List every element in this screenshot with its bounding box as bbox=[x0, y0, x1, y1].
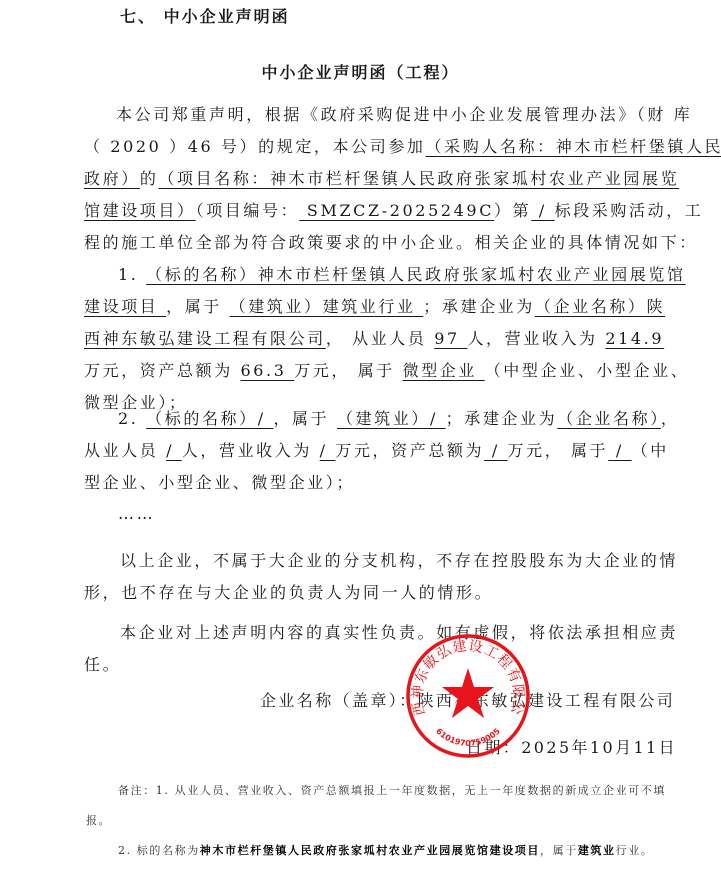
filled-field: / bbox=[608, 441, 631, 460]
note-2-project-name: 神木市栏杆堡镇人民政府张家坬村农业产业园展览馆建设项目 bbox=[200, 844, 540, 857]
statement-line: 本企业对上述声明内容的真实性负责。如有虚假，将依法承担相应责 bbox=[120, 621, 656, 645]
text-segment: 万元， 属于 bbox=[294, 361, 402, 380]
filled-field: 政府） bbox=[84, 169, 140, 188]
declaration-line: （ 2020 ）46 号）的规定，本公司参加（采购人名称：神木市栏杆堡镇人民 bbox=[84, 135, 656, 159]
item-line: 1. （标的名称）神木市栏杆堡镇人民政府张家坬村农业产业园展览馆 bbox=[118, 263, 656, 287]
text-segment: 人，营业收入为 bbox=[182, 441, 320, 460]
note-2-mid: ，属于 bbox=[540, 844, 578, 857]
item-line: 西神东敏弘建设工程有限公司， 从业人员 97 人，营业收入为 214.9 bbox=[84, 327, 656, 351]
declaration-line: 政府）的（项目名称：神木市栏杆堡镇人民政府张家坬村农业产业园展览 bbox=[84, 167, 656, 191]
company-label: 企业名称（盖章）： bbox=[260, 691, 418, 710]
text-segment: ，属于 bbox=[273, 409, 337, 428]
text-segment: 标段采购活动，工 bbox=[555, 201, 704, 220]
text-segment: 人，营业收入为 bbox=[467, 329, 605, 348]
text-segment: 型企业、小型企业、微型企业）； bbox=[84, 473, 355, 492]
text-segment: （中 bbox=[632, 441, 669, 460]
text-segment: ）第 bbox=[494, 201, 531, 220]
text-segment: （中型企业、小型企业、 bbox=[485, 361, 690, 380]
text-segment: 2. bbox=[118, 409, 146, 428]
filled-field: （采购人名称：神木市栏杆堡镇人民 bbox=[426, 137, 721, 156]
declaration-line: 程的施工单位全部为符合政策要求的中小企业。相关企业的具体情况如下： bbox=[84, 231, 656, 255]
filled-field: （项目名称：神木市栏杆堡镇人民政府张家坬村农业产业园展览 bbox=[158, 169, 679, 188]
filled-field: / bbox=[531, 201, 554, 220]
filled-field: （标的名称）神木市栏杆堡镇人民政府张家坬村农业产业园展览馆 bbox=[146, 265, 685, 284]
text-segment: 万元，资产总额为 bbox=[84, 361, 241, 380]
filled-field: / bbox=[166, 441, 182, 460]
item-line: 建设项目 ，属于 （建筑业）建筑业行业 ；承建企业为（企业名称）陕 bbox=[84, 295, 656, 319]
note-2: 2. 标的名称为神木市栏杆堡镇人民政府张家坬村农业产业园展览馆建设项目，属于建筑… bbox=[118, 842, 653, 858]
company-name: 陕西神东敏弘建设工程有限公司 bbox=[418, 691, 676, 710]
note-2-industry: 建筑业 bbox=[578, 844, 616, 857]
statement-line: 形，也不存在与大企业的负责人为同一人的情形。 bbox=[84, 581, 656, 605]
text-segment: ，属于 bbox=[166, 297, 230, 316]
note-2-prefix: 2. 标的名称为 bbox=[118, 844, 200, 857]
item-line: 从业人员 / 人，营业收入为 / 万元，资产总额为 / 万元， 属于 / （中 bbox=[84, 439, 656, 463]
date-value: 2025年10月11日 bbox=[521, 738, 677, 757]
filled-field: 214.9 bbox=[605, 329, 664, 348]
item-line: 万元，资产总额为 66.3 万元， 属于 微型企业 （中型企业、小型企业、 bbox=[84, 359, 656, 383]
declaration-line: 馆建设项目）（项目编号： SMZCZ-2025249C）第 / 标段采购活动，工 bbox=[84, 199, 656, 223]
filled-field: SMZCZ-2025249C bbox=[299, 201, 494, 220]
section-heading: 七、 中小企业声明函 bbox=[120, 4, 290, 27]
filled-field: 微型企业 bbox=[403, 361, 485, 380]
text-segment: 的 bbox=[140, 169, 159, 188]
note-2-suffix: 行业。 bbox=[616, 844, 654, 857]
filled-field: 66.3 bbox=[241, 361, 295, 380]
text-segment: 万元， 属于 bbox=[508, 441, 609, 460]
signature-line: 企业名称（盖章）：陕西神东敏弘建设工程有限公司 bbox=[260, 688, 675, 711]
document-title: 中小企业声明函（工程） bbox=[0, 60, 721, 83]
note-1: 备注：1. 从业人员、营业收入、资产总额填报上一年度数据，无上一年度数据的新成立… bbox=[118, 782, 666, 798]
declaration-line: 本公司郑重声明，根据《政府采购促进中小企业发展管理办法》（财 库 bbox=[116, 103, 656, 127]
text-segment: 本公司郑重声明，根据《政府采购促进中小企业发展管理办法》（财 库 bbox=[116, 105, 692, 124]
text-segment: ；承建企业为 bbox=[446, 409, 558, 428]
item-line: 2. （标的名称）/ ，属于 （建筑业）/ ；承建企业为（企业名称）， bbox=[118, 407, 656, 431]
filled-field: / bbox=[320, 441, 336, 460]
text-segment: ， bbox=[661, 409, 680, 428]
filled-field: （建筑业）/ bbox=[337, 409, 446, 428]
note-1-continued: 报。 bbox=[86, 812, 111, 828]
filled-field: （企业名称） bbox=[557, 409, 661, 428]
filled-field: （企业名称）陕 bbox=[535, 297, 665, 316]
filled-field: 97 bbox=[434, 329, 467, 348]
filled-field: （建筑业）建筑业行业 bbox=[230, 297, 424, 316]
text-segment: ；承建企业为 bbox=[423, 297, 535, 316]
text-segment: 程的施工单位全部为符合政策要求的中小企业。相关企业的具体情况如下： bbox=[84, 233, 698, 252]
filled-field: 建设项目 bbox=[84, 297, 166, 316]
text-segment: 万元，资产总额为 bbox=[335, 441, 484, 460]
statement-line: 任。 bbox=[84, 653, 656, 677]
text-segment: 从业人员 bbox=[84, 441, 166, 460]
date-line: 日期：2025年10月11日 bbox=[466, 735, 677, 758]
filled-field: （标的名称）/ bbox=[146, 409, 273, 428]
filled-field: 馆建设项目） bbox=[84, 201, 196, 220]
filled-field: 西神东敏弘建设工程有限公司 bbox=[84, 329, 326, 348]
text-segment: （ 2020 ）46 号）的规定，本公司参加 bbox=[84, 137, 426, 156]
filled-field: / bbox=[484, 441, 507, 460]
item-line: 型企业、小型企业、微型企业）； bbox=[84, 471, 656, 495]
text-segment: （项目编号： bbox=[196, 201, 300, 220]
statement-line: 以上企业，不属于大企业的分支机构，不存在控股股东为大企业的情 bbox=[120, 549, 656, 573]
text-segment: ， 从业人员 bbox=[326, 329, 434, 348]
date-label: 日期： bbox=[466, 738, 521, 757]
ellipsis: …… bbox=[118, 502, 690, 526]
text-segment: 1. bbox=[118, 265, 146, 284]
